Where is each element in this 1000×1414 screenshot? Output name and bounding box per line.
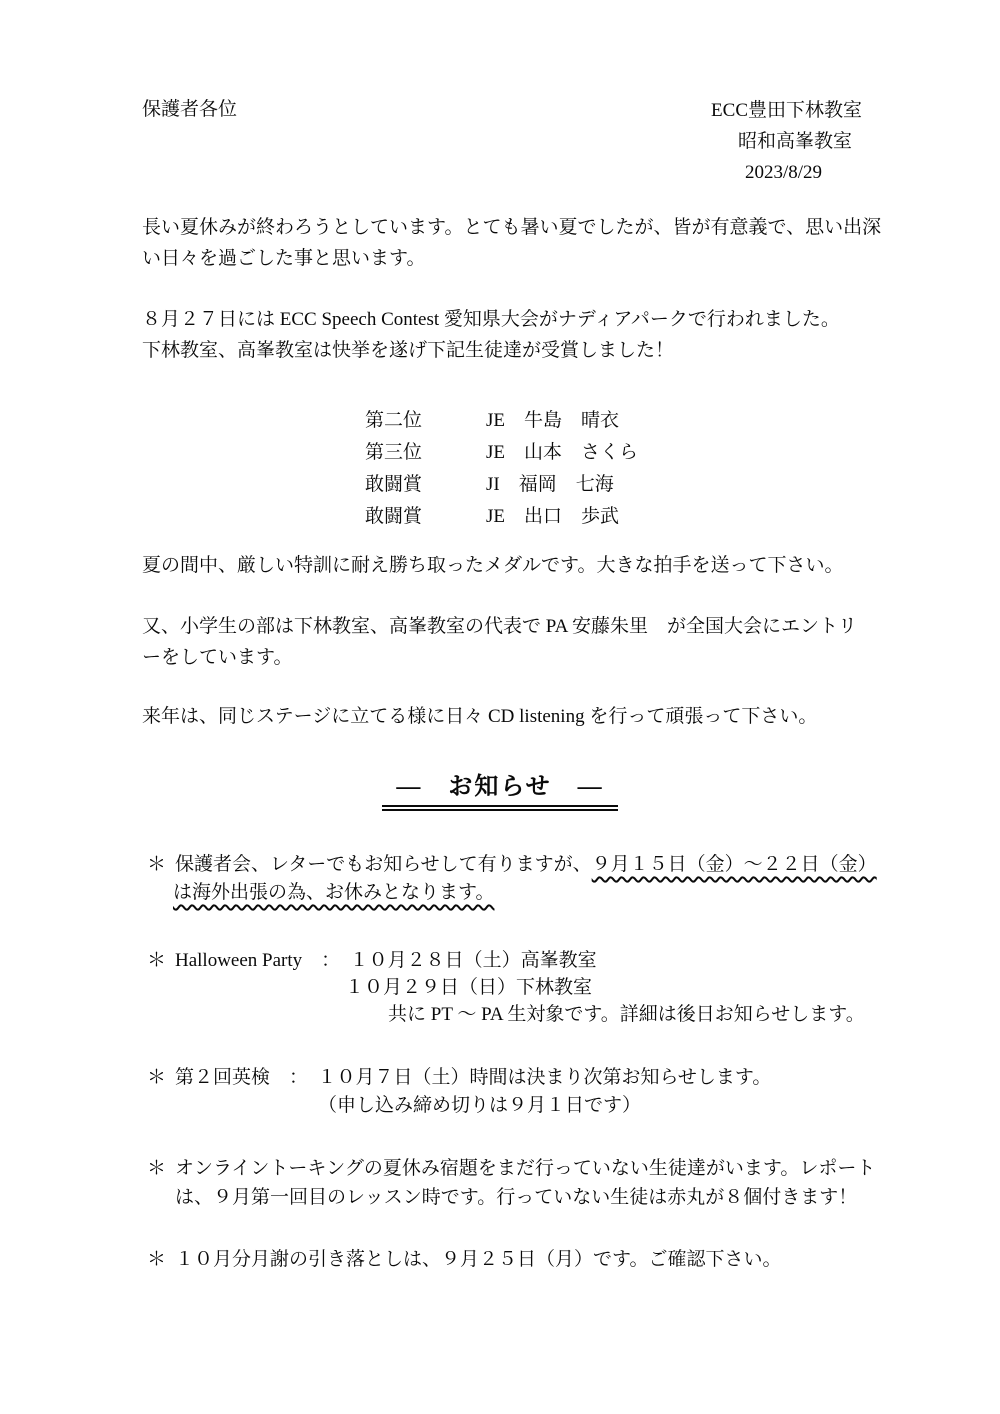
- awards-list: 第二位 JE 牛島 晴衣 第三位 JE 山本 さくら 敢闘賞 JI 福岡 七海 …: [365, 405, 638, 533]
- halloween-line1: Halloween Party ： １０月２８日（土）高峯教室: [175, 947, 597, 974]
- award-row: 敢闘賞 JI 福岡 七海: [365, 469, 638, 501]
- award-rank: 敢闘賞: [365, 501, 486, 533]
- medal-paragraph: 夏の間中、厳しい特訓に耐え勝ち取ったメダルです。大きな拍手を送って下さい。: [142, 550, 843, 581]
- notice-item-online-talking: ＊ オンライントーキングの夏休み宿題をまだ行っていない生徒達がいます。レポート …: [147, 1154, 875, 1212]
- award-rank: 第二位: [365, 405, 486, 437]
- halloween-line3: 共に PT ～ PA 生対象です。詳細は後日お知らせします。: [388, 1001, 865, 1028]
- intro-paragraph-1: 長い夏休みが終わろうとしています。とても暑い夏でしたが、皆が有意義で、思い出深 …: [142, 212, 881, 274]
- award-rank: 第三位: [365, 437, 486, 469]
- bullet-asterisk: ＊: [147, 947, 175, 974]
- award-row: 第三位 JE 山本 さくら: [365, 437, 638, 469]
- notice-item-eiken: ＊ 第２回英検 ： １０月７日（土）時間は決まり次第お知らせします。 （申し込み…: [147, 1064, 771, 1120]
- notice-item-tuition: ＊ １０月分月謝の引き落としは、９月２５日（月）です。ご確認下さい。: [147, 1246, 781, 1274]
- bullet-asterisk: ＊: [147, 1064, 175, 1092]
- bullet-asterisk: ＊: [147, 1154, 175, 1212]
- sender-school-1: ECC豊田下林教室: [560, 95, 862, 126]
- notice-item-closure: ＊ 保護者会、レターでもお知らせして有りますが、９月１５日（金）～２２日（金） …: [147, 851, 877, 907]
- online-talking-text: オンライントーキングの夏休み宿題をまだ行っていない生徒達がいます。レポート は、…: [175, 1154, 875, 1212]
- eiken-line2: （申し込み締め切りは９月１日です）: [318, 1092, 771, 1120]
- award-winner: JE 牛島 晴衣: [486, 405, 619, 437]
- award-winner: JI 福岡 七海: [486, 469, 614, 501]
- sender-school-2: 昭和高峯教室: [560, 126, 862, 157]
- award-winner: JE 出口 歩武: [486, 501, 619, 533]
- award-rank: 敢闘賞: [365, 469, 486, 501]
- eiken-line1: 第２回英検 ： １０月７日（土）時間は決まり次第お知らせします。: [175, 1064, 771, 1092]
- bullet-asterisk: ＊: [147, 851, 175, 879]
- intro-paragraph-2: ８月２７日には ECC Speech Contest 愛知県大会がナディアパーク…: [142, 304, 840, 366]
- national-entry-paragraph: 又、小学生の部は下林教室、高峯教室の代表で PA 安藤朱里 が全国大会にエントリ…: [142, 611, 857, 673]
- notice-section-heading: ― お知らせ ―: [0, 772, 1000, 811]
- closure-line2-underlined: は海外出張の為、お休みとなります。: [173, 879, 877, 907]
- halloween-line2: １０月２９日（日）下林教室: [345, 974, 865, 1001]
- closure-lead-text: 保護者会、レターでもお知らせして有りますが、: [175, 851, 592, 879]
- sender-block: ECC豊田下林教室 昭和高峯教室 2023/8/29: [560, 95, 862, 188]
- letter-date: 2023/8/29: [560, 157, 862, 188]
- closure-dates-underlined: ９月１５日（金）～２２日（金）: [592, 851, 877, 879]
- tuition-text: １０月分月謝の引き落としは、９月２５日（月）です。ご確認下さい。: [175, 1246, 781, 1274]
- notice-item-halloween: ＊ Halloween Party ： １０月２８日（土）高峯教室 １０月２９日…: [147, 947, 865, 1028]
- recipient-line: 保護者各位: [142, 94, 237, 125]
- notice-heading-text: ― お知らせ ―: [382, 772, 617, 811]
- bullet-asterisk: ＊: [147, 1246, 175, 1274]
- award-winner: JE 山本 さくら: [486, 437, 638, 469]
- award-row: 敢闘賞 JE 出口 歩武: [365, 501, 638, 533]
- next-year-paragraph: 来年は、同じステージに立てる様に日々 CD listening を行って頑張って…: [142, 701, 817, 732]
- award-row: 第二位 JE 牛島 晴衣: [365, 405, 638, 437]
